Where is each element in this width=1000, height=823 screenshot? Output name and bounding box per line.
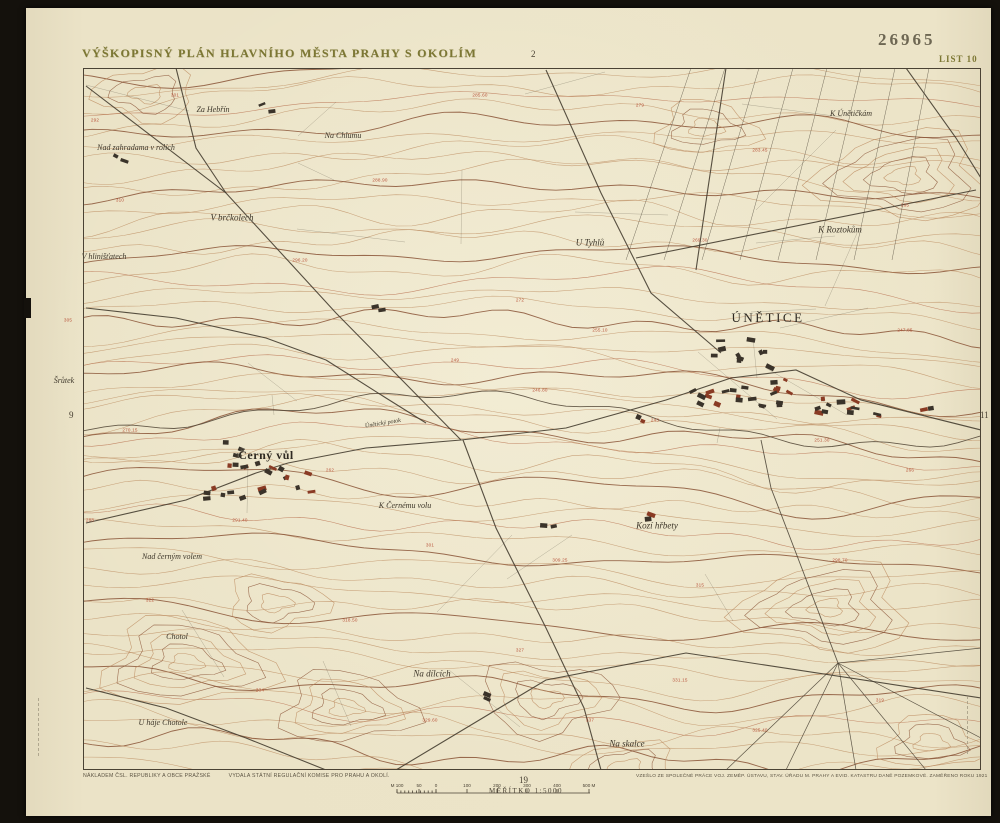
scale-bar-tick-label: 400 [553, 783, 561, 788]
scale-bar-tick-label: 200 [493, 783, 501, 788]
left-margin-imprint [38, 698, 40, 756]
right-margin-imprint [967, 696, 969, 754]
scale-bar-tick-label: 300 [523, 783, 531, 788]
scale-bar-tick-label: 50 [416, 783, 422, 788]
survey-imprint: VZEŠLO ZE SPOLEČNÉ PRÁCE VOJ. ZEMĚP. ÚST… [636, 774, 987, 779]
imprint-publisher: NÁKLADEM ČSL. REPUBLIKY A OBCE PRAŽSKÉ [83, 773, 211, 779]
publisher-imprint: NÁKLADEM ČSL. REPUBLIKY A OBCE PRAŽSKÉVY… [83, 773, 408, 779]
scale-bar-tick-label: 100 [463, 783, 471, 788]
map-sheet-scan: VÝŠKOPISNÝ PLÁN HLAVNÍHO MĚSTA PRAHY S O… [0, 0, 1000, 823]
scale-bar: M 100500100200300400500 M [26, 8, 1000, 823]
scale-bar-tick-label: 500 M [583, 783, 596, 788]
paper: VÝŠKOPISNÝ PLÁN HLAVNÍHO MĚSTA PRAHY S O… [26, 8, 991, 816]
scale-bar-tick-label: M 100 [391, 783, 404, 788]
registration-mark [24, 298, 31, 318]
scale-bar-tick-label: 0 [435, 783, 438, 788]
imprint-issuer: VYDALA STÁTNÍ REGULAČNÍ KOMISE PRO PRAHU… [229, 773, 390, 779]
